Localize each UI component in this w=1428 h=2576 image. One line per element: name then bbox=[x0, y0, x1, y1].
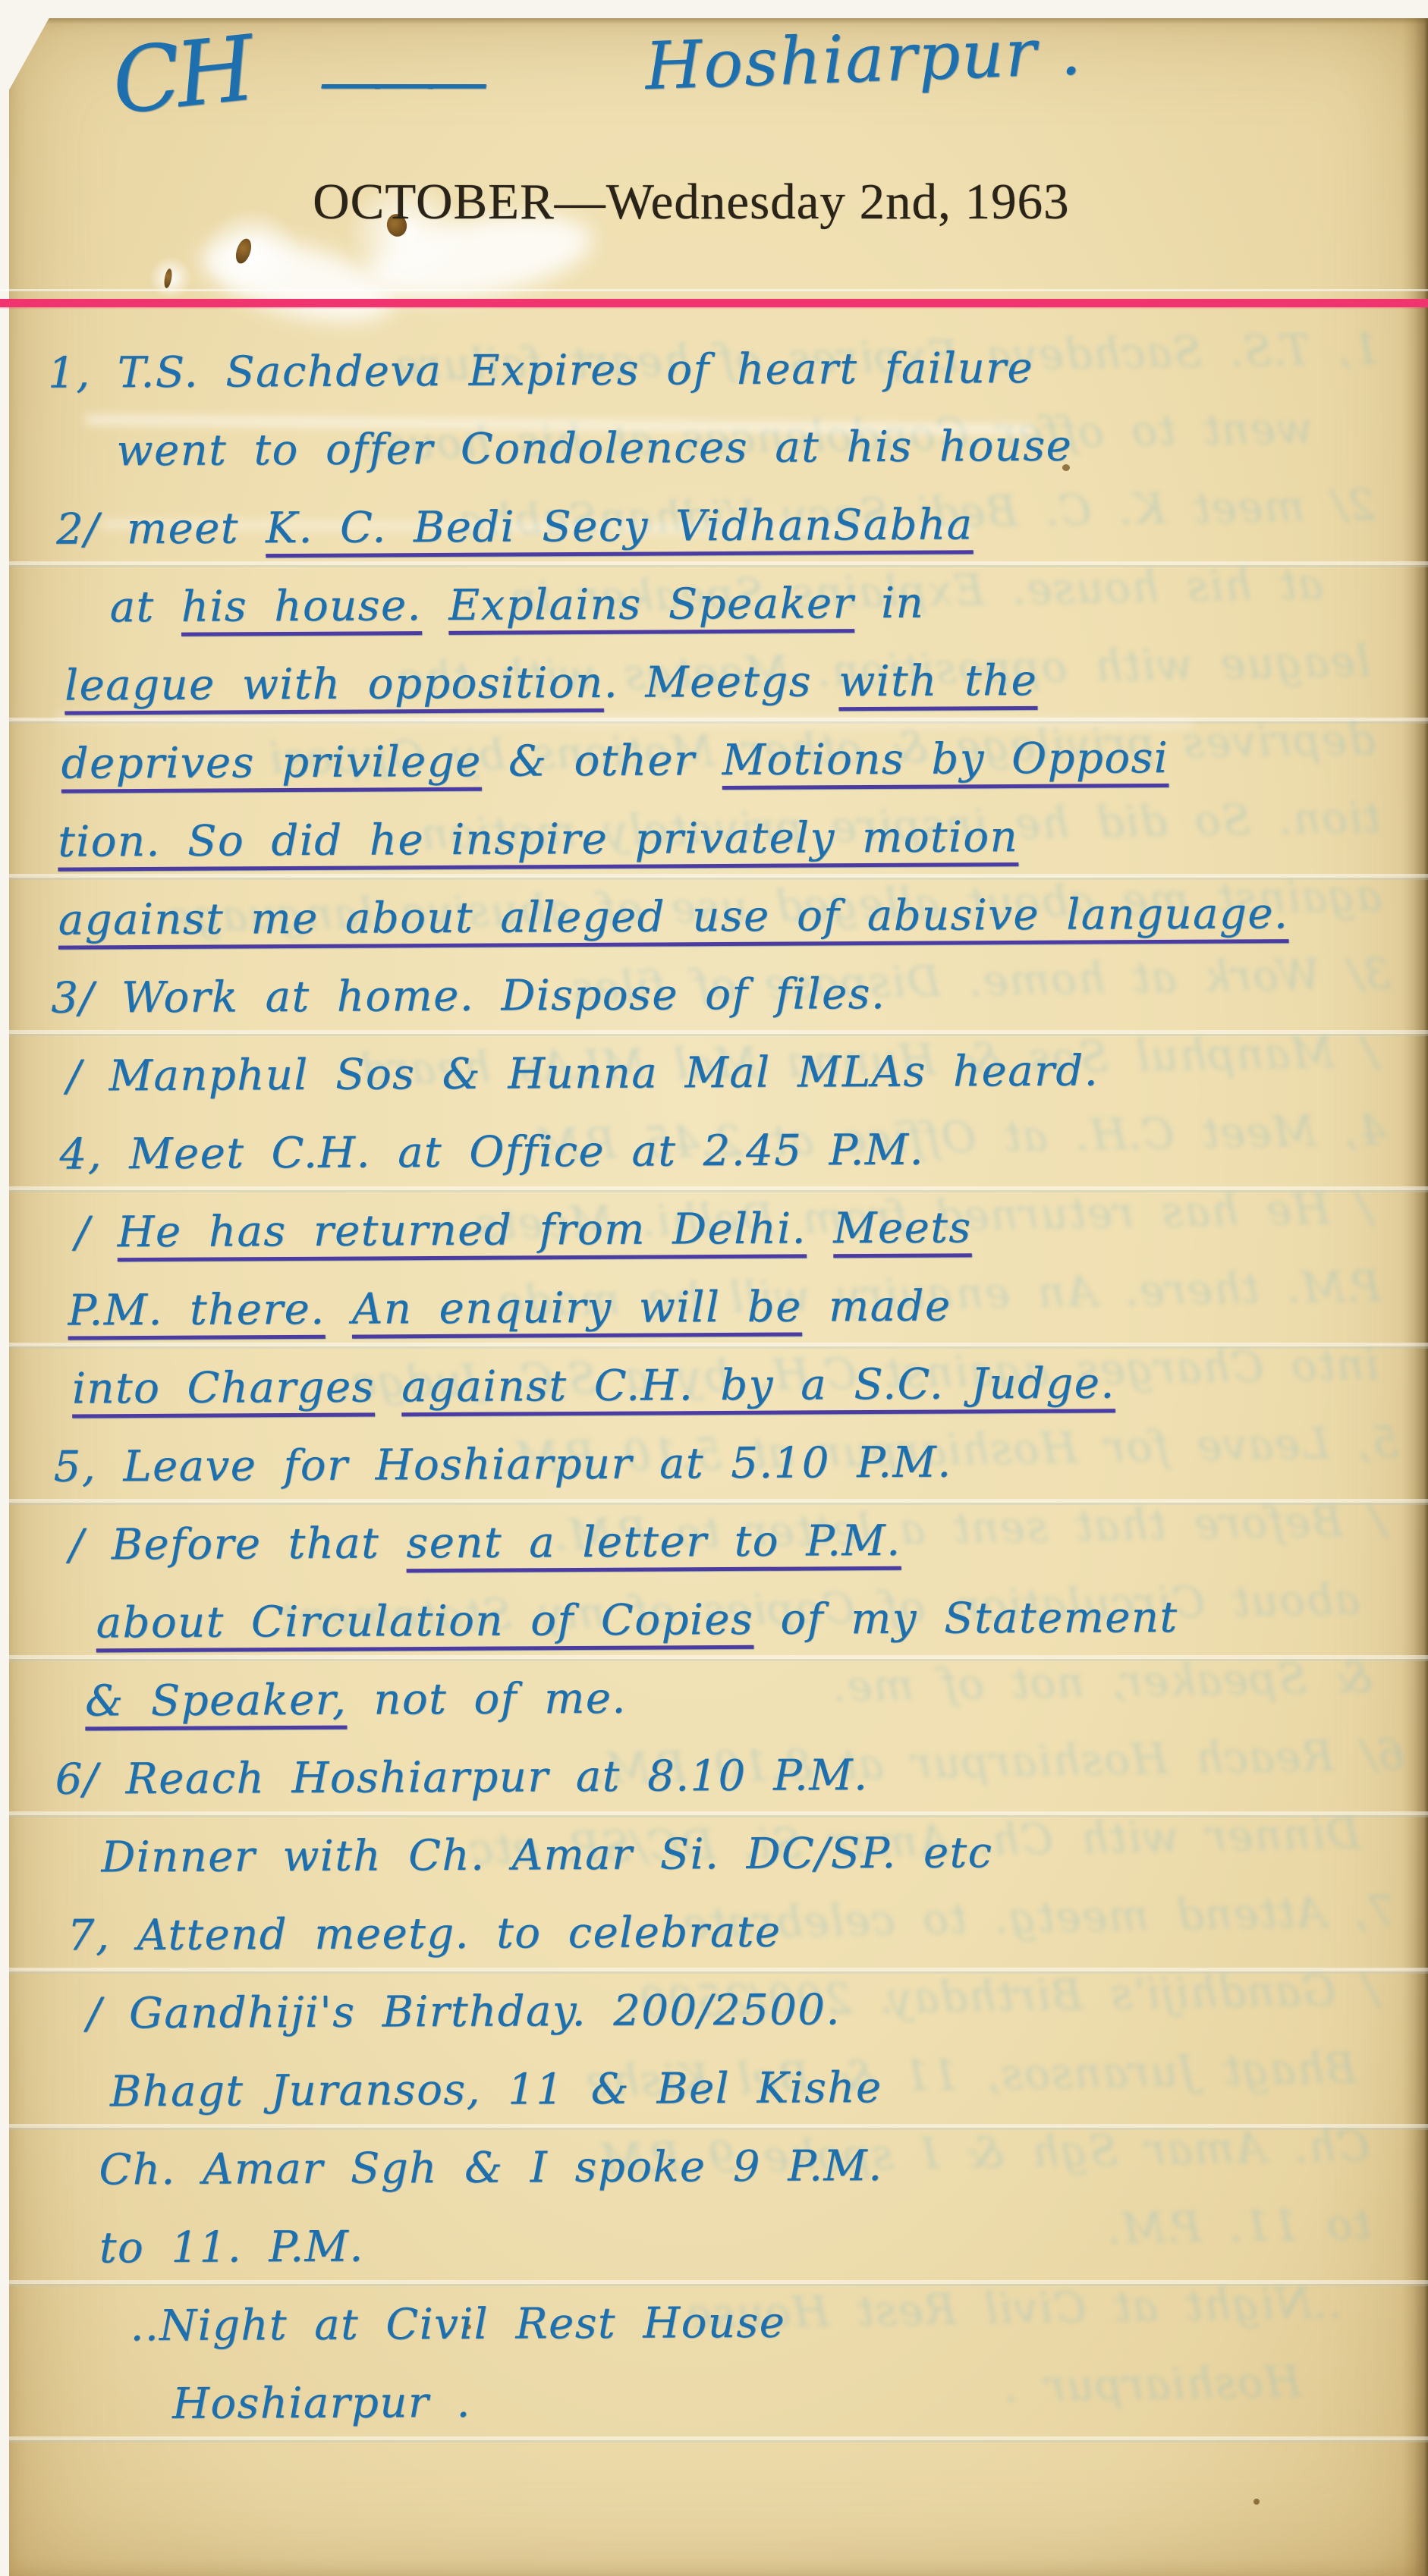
diary-line: at his house. Explains Speaker in bbox=[49, 561, 1394, 646]
diary-text bbox=[375, 1362, 402, 1412]
faint-rule-line bbox=[0, 289, 1428, 291]
handwritten-dash-stroke: ——— bbox=[319, 44, 478, 118]
diary-line: / Gandhiji's Birthday. 200/2500. bbox=[56, 1968, 1401, 2053]
diary-text: at bbox=[109, 583, 181, 632]
diary-line: against me about alleged use of abusive … bbox=[51, 874, 1396, 959]
diary-line: 4, Meet C.H. at Office at 2.45 P.M. bbox=[52, 1108, 1397, 1193]
diary-entries: 1, T.S. Sachdeva Expires of heart failur… bbox=[48, 327, 1404, 2443]
diary-line: deprives privilege & other Motions by Op… bbox=[49, 718, 1395, 803]
underlined-phrase: with the bbox=[838, 656, 1037, 706]
diary-line: Bhagt Juransos, 11 & Bel Kishe bbox=[57, 2046, 1402, 2131]
diary-line: to 11. P.M. bbox=[58, 2202, 1403, 2287]
diary-text bbox=[807, 1204, 834, 1253]
diary-text: 7, Attend meetg. to celebrate bbox=[68, 1908, 782, 1961]
diary-text: 2/ meet bbox=[56, 504, 266, 554]
underlined-phrase: against me about alleged use of abusive … bbox=[58, 889, 1289, 944]
underlined-phrase: He has returned from Delhi. bbox=[117, 1204, 807, 1257]
underlined-phrase: Motions by Opposi bbox=[722, 734, 1169, 785]
diary-line: Dinner with Ch. Amar Si. DC/SP. etc bbox=[55, 1811, 1401, 1896]
diary-line: / He has returned from Delhi. Meets bbox=[52, 1186, 1398, 1271]
diary-line: tion. So did he inspire privately motion bbox=[50, 796, 1395, 881]
diary-line: 6/ Reach Hoshiarpur at 8.10 P.M. bbox=[55, 1733, 1400, 1818]
diary-text: 5, Leave for Hoshiarpur at 5.10 P.M. bbox=[53, 1437, 951, 1491]
diary-line: Ch. Amar Sgh & I spoke 9 P.M. bbox=[57, 2124, 1402, 2209]
diary-text: not of me. bbox=[347, 1674, 627, 1725]
diary-text: in bbox=[854, 579, 925, 628]
diary-line: P.M. there. An enquiry will be made bbox=[52, 1264, 1398, 1349]
diary-text: / Before that bbox=[69, 1519, 407, 1569]
pink-rule-line bbox=[0, 299, 1428, 307]
scanned-diary-page: { "note_header": { "initials": "CH", "da… bbox=[0, 0, 1428, 2576]
handwritten-initials: CH bbox=[107, 16, 255, 134]
diary-text: Ch. Amar Sgh & I spoke 9 P.M. bbox=[99, 2141, 882, 2194]
underlined-phrase: league with opposition bbox=[64, 658, 604, 711]
page-right-edge-shadow bbox=[1402, 18, 1428, 2576]
underlined-phrase: Explains Speaker bbox=[448, 579, 854, 630]
underlined-phrase: into Charges bbox=[72, 1362, 375, 1413]
underlined-phrase: P.M. there. bbox=[68, 1285, 325, 1336]
diary-line: 1, T.S. Sachdeva Expires of heart failur… bbox=[48, 327, 1393, 412]
diary-line: about Circulation of Copies of my Statem… bbox=[54, 1577, 1399, 1662]
printed-date-header: OCTOBER—Wednesday 2nd, 1963 bbox=[0, 173, 1382, 231]
diary-line: into Charges against C.H. by a S.C. Judg… bbox=[53, 1343, 1398, 1428]
underlined-phrase: against C.H. by a S.C. Judge. bbox=[401, 1359, 1115, 1412]
diary-text: went to offer Condolences at his house bbox=[116, 422, 1072, 476]
diary-text: 3/ Work at home. Dispose of files. bbox=[51, 969, 885, 1023]
diary-text: / Gandhiji's Birthday. 200/2500. bbox=[86, 1985, 841, 2038]
diary-line: league with opposition. Meetgs with the bbox=[49, 639, 1395, 724]
diary-text: / Manphul Sos & Hunna Mal MLAs heard. bbox=[67, 1046, 1099, 1101]
handwritten-place-note: Hoshiarpur . bbox=[643, 14, 1084, 105]
diary-text: Dinner with Ch. Amar Si. DC/SP. etc bbox=[101, 1828, 993, 1882]
diary-text: / bbox=[75, 1208, 118, 1257]
paper-speck bbox=[1253, 2499, 1260, 2505]
diary-line: & Speaker, not of me. bbox=[55, 1655, 1400, 1740]
diary-text: ..Night at Civil Rest House bbox=[130, 2298, 785, 2351]
underlined-phrase: & Speaker, bbox=[85, 1676, 347, 1726]
diary-line: / Before that sent a letter to P.M. bbox=[54, 1499, 1399, 1584]
underlined-phrase: about Circulation of Copies bbox=[96, 1595, 753, 1648]
diary-line: Hoshiarpur . bbox=[58, 2358, 1404, 2443]
diary-text: . Meetgs bbox=[603, 657, 838, 708]
underlined-phrase: his house. bbox=[181, 581, 422, 632]
underlined-phrase: Meets bbox=[833, 1203, 972, 1253]
diary-line: 5, Leave for Hoshiarpur at 5.10 P.M. bbox=[53, 1421, 1398, 1506]
diary-text: of my Statement bbox=[753, 1593, 1178, 1645]
underlined-phrase: deprives privilege bbox=[61, 737, 482, 789]
diary-text: made bbox=[802, 1281, 951, 1331]
diary-line: went to offer Condolences at his house bbox=[48, 405, 1393, 490]
underlined-phrase: sent a letter to P.M. bbox=[406, 1516, 901, 1568]
diary-text bbox=[325, 1285, 352, 1334]
underlined-phrase: An enquiry will be bbox=[352, 1282, 802, 1334]
diary-text: Hoshiarpur . bbox=[172, 2378, 471, 2429]
diary-line: 7, Attend meetg. to celebrate bbox=[56, 1890, 1401, 1974]
diary-line: 2/ meet K. C. Bedi Secy VidhanSabha bbox=[49, 483, 1394, 568]
diary-text: Bhagt Juransos, 11 & Bel Kishe bbox=[110, 2063, 882, 2116]
diary-text: 4, Meet C.H. at Office at 2.45 P.M. bbox=[59, 1126, 924, 1180]
diary-text bbox=[422, 581, 449, 630]
diary-text: 6/ Reach Hoshiarpur at 8.10 P.M. bbox=[55, 1751, 869, 1805]
underlined-phrase: tion. So did he inspire privately motion bbox=[58, 812, 1018, 867]
diary-text: to 11. P.M. bbox=[99, 2223, 364, 2273]
diary-text: 1, T.S. Sachdeva Expires of heart failur… bbox=[48, 344, 1033, 398]
diary-line: 3/ Work at home. Dispose of files. bbox=[51, 952, 1396, 1037]
diary-text: & other bbox=[481, 736, 722, 787]
diary-line: / Manphul Sos & Hunna Mal MLAs heard. bbox=[52, 1030, 1397, 1115]
diary-line: ..Night at Civil Rest House bbox=[58, 2280, 1403, 2365]
underlined-phrase: K. C. Bedi Secy VidhanSabha bbox=[266, 500, 973, 553]
